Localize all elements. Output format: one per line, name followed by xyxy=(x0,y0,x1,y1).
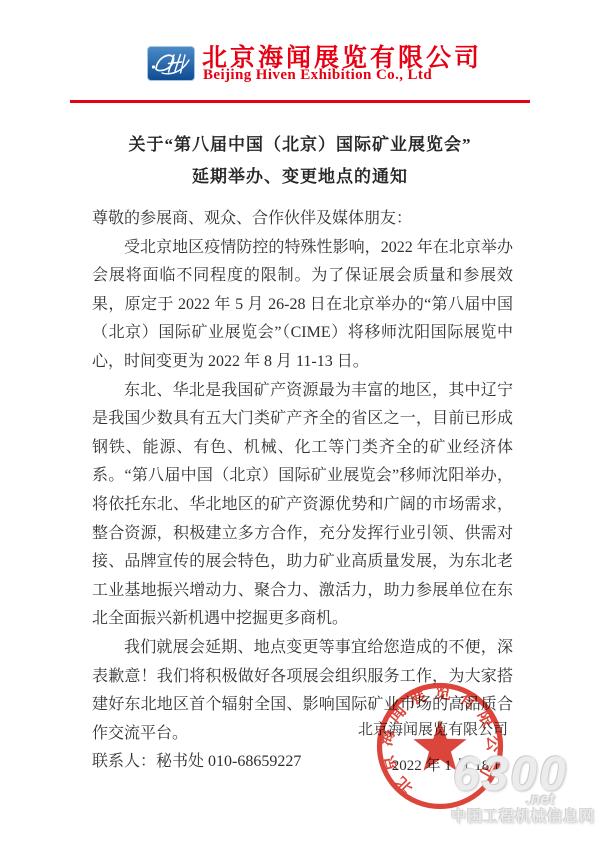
greeting-line: 尊敬的参展商、观众、合作伙伴及媒体朋友： xyxy=(92,205,513,234)
body-paragraph-1: 受北京地区疫情防控的特殊性影响，2022 年在北京举办会展将面临不同程度的限制。… xyxy=(92,234,513,377)
notice-document-page: 北京海闻展览有限公司 Beijing Hiven Exhibition Co.,… xyxy=(0,0,600,848)
notice-title: 关于“第八届中国（北京）国际矿业展览会” 延期举办、变更地点的通知 xyxy=(0,129,600,193)
notice-title-line1: 关于“第八届中国（北京）国际矿业展览会” xyxy=(0,129,600,161)
body-paragraph-2: 东北、华北是我国矿产资源最为丰富的地区，其中辽宁是我国少数具有五大门类矿产齐全的… xyxy=(92,377,513,634)
hiven-logo-icon xyxy=(147,46,195,81)
header-rule-divider xyxy=(70,100,530,103)
company-name-en: Beijing Hiven Exhibition Co., Ltd xyxy=(203,67,432,84)
watermark-site-name: 中国工程机械信息网 xyxy=(451,805,595,826)
notice-title-line2: 延期举办、变更地点的通知 xyxy=(0,161,600,193)
